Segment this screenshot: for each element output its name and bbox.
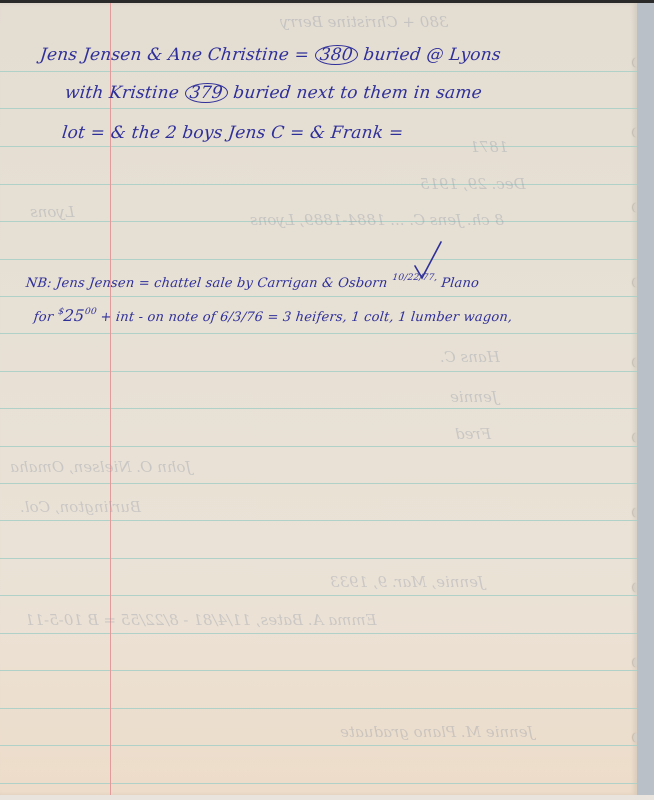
ruled-line xyxy=(0,71,637,72)
perforation-notch xyxy=(633,733,637,742)
plot-number-circle: 379 xyxy=(184,83,229,103)
bleed-through-text: 1871 xyxy=(470,138,508,156)
sale-location: Plano xyxy=(440,276,479,291)
bleed-through-text: Jennie xyxy=(450,388,498,406)
ruled-line xyxy=(0,595,637,596)
perforation-notch xyxy=(633,508,637,517)
perforation-notch xyxy=(633,358,637,367)
entry2-line2: for $2500 + int - on note of 6/3/76 = 3 … xyxy=(33,306,513,325)
bleed-through-text: Lyons xyxy=(30,203,75,221)
sale-date: 10/22/77, xyxy=(392,273,438,283)
ruled-line xyxy=(0,520,637,521)
ruled-line xyxy=(0,483,637,484)
scan-bottom-edge xyxy=(0,795,654,800)
ruled-line xyxy=(0,558,637,559)
ruled-line xyxy=(0,446,637,447)
ruled-line xyxy=(0,670,637,671)
bleed-through-text: 380 + Christine Berry xyxy=(280,13,448,31)
margin-line xyxy=(110,3,111,795)
ruled-line xyxy=(0,296,637,297)
perforation-notch xyxy=(633,583,637,592)
entry1-line1-tail: buried @ Lyons xyxy=(357,45,502,65)
entry2-line1: NB: Jens Jensen = chattel sale by Carrig… xyxy=(25,273,480,291)
ruled-line xyxy=(0,108,637,109)
entry1-line2: with Kristine 379 buried next to them in… xyxy=(64,83,483,103)
bleed-through-text: John O. Nielsen, Omaha xyxy=(10,458,192,476)
ruled-line xyxy=(0,783,637,784)
bleed-through-text: Emma A. Bates, 11/4/81 - 8/22/55 = B 10-… xyxy=(25,611,377,629)
entry1-line1-text: Jens Jensen & Ane Christine = xyxy=(39,45,316,65)
entry2-line2-text: for xyxy=(33,310,58,325)
perforation-notch xyxy=(633,658,637,667)
bleed-through-text: Hans C. xyxy=(440,348,500,366)
ruled-line xyxy=(0,708,637,709)
notebook-page: 380 + Christine Berry Lyons 1871 Dec. 29… xyxy=(0,3,637,795)
bleed-through-text: Jennie, Mar. 9, 1933 xyxy=(330,573,484,591)
entry1-line3: lot = & the 2 boys Jens C = & Frank = xyxy=(61,123,404,143)
bleed-through-text: 8 ch. Jens C. ... 1884-1889, Lyons xyxy=(250,211,504,229)
entry2-line1-text: NB: Jens Jensen = chattel sale by Carrig… xyxy=(25,276,388,291)
perforation-notch xyxy=(633,433,637,442)
entry1-line1: Jens Jensen & Ane Christine = 380 buried… xyxy=(39,45,502,65)
perforation-notch xyxy=(633,278,637,287)
ruled-line xyxy=(0,146,637,147)
bleed-through-text: Burlington, Col. xyxy=(20,498,141,516)
ruled-line xyxy=(0,745,637,746)
ruled-line xyxy=(0,184,637,185)
ruled-line xyxy=(0,633,637,634)
perforation-notch xyxy=(633,203,637,212)
entry1-line2-tail: buried next to them in same xyxy=(227,83,483,103)
plot-number-circle: 380 xyxy=(314,45,359,65)
entry2-line2-tail: + int - on note of 6/3/76 = 3 heifers, 1… xyxy=(95,310,513,325)
sale-amount: 25 xyxy=(63,306,86,325)
ruled-line xyxy=(0,333,637,334)
perforation-notch xyxy=(633,128,637,137)
ruled-line xyxy=(0,408,637,409)
entry1-line2-text: with Kristine xyxy=(64,83,186,103)
bleed-through-text: Dec. 29, 1915 xyxy=(420,175,526,193)
bleed-through-text: Fred xyxy=(455,425,491,443)
perforation-notch xyxy=(633,58,637,67)
bleed-through-text: Jennie M. Plano graduate xyxy=(340,723,534,741)
ruled-line xyxy=(0,371,637,372)
ruled-line xyxy=(0,259,637,260)
